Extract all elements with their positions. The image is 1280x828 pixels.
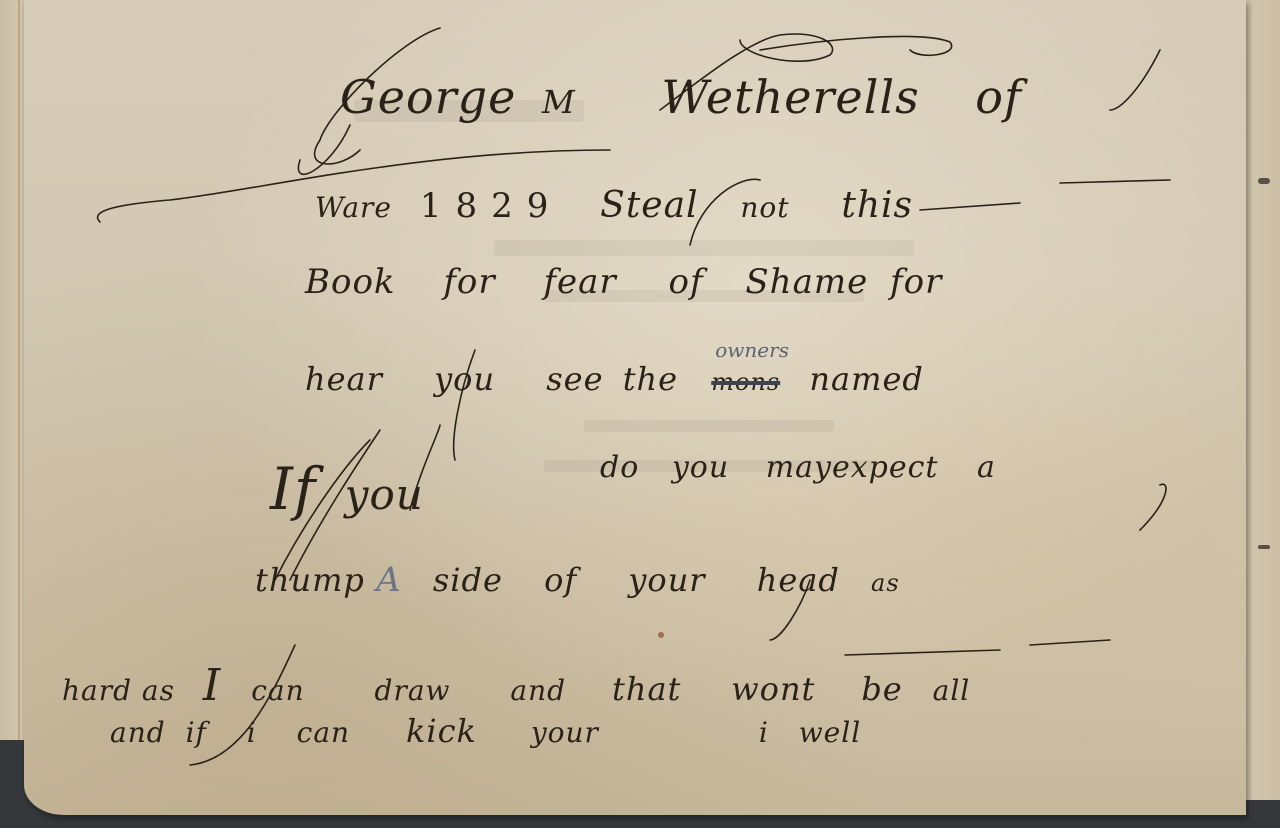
word-your: your [531, 716, 599, 749]
word-named: named [809, 360, 923, 398]
pencil-scribble-x: A [376, 560, 402, 600]
ink-stain [658, 632, 664, 638]
word-the: the [623, 360, 678, 398]
page-notch [1258, 178, 1270, 184]
word-be: be [861, 670, 902, 708]
word-for: for [443, 262, 495, 302]
word-for: for [890, 262, 942, 302]
word-i: i [759, 716, 769, 749]
struck-word-group: owners mons [711, 360, 780, 398]
word-ware: Ware [315, 191, 392, 224]
inscription-line-3: Book for fear of Shame for [305, 262, 942, 302]
word-you: you [672, 450, 729, 485]
word-as: as [871, 569, 900, 597]
flyleaf-fold-line [18, 0, 20, 740]
word-you: you [345, 470, 424, 519]
word-george: George [340, 70, 516, 124]
word-if: if [186, 716, 207, 749]
bleed-through-text [584, 420, 834, 432]
inscription-line-2: Ware 1829 Steal not this [315, 185, 913, 226]
year-1829: 1829 [420, 186, 563, 226]
word-well: well [799, 716, 861, 749]
word-that: that [612, 670, 681, 708]
inscription-line-5: If you [270, 455, 424, 523]
word-wont: wont [731, 670, 815, 708]
word-can: can [251, 674, 304, 707]
inscription-line-5b: do you mayexpect a [600, 450, 996, 485]
right-page-edge [1241, 0, 1280, 800]
word-side: side [433, 561, 503, 599]
inscription-line-4: hear you see the owners mons named [305, 360, 924, 398]
word-not: not [740, 191, 789, 224]
word-middle-initial: M [542, 83, 576, 121]
pencil-correction-owners: owners [715, 338, 789, 362]
word-book: Book [305, 262, 396, 302]
word-hard-as: hard as [62, 674, 175, 707]
word-i: i [247, 716, 257, 749]
word-may-expect: mayexpect [766, 450, 939, 485]
word-do: do [600, 450, 639, 485]
struck-out-word: mons [711, 368, 780, 396]
word-of: of [669, 262, 704, 302]
word-steal: Steal [600, 185, 698, 226]
word-kick: kick [406, 712, 477, 750]
word-your: your [628, 561, 705, 599]
inscription-line-8: and if i can kick your i well [110, 712, 861, 750]
word-fear: fear [543, 262, 616, 302]
word-can: can [297, 716, 350, 749]
word-and: and [510, 674, 566, 707]
word-of: of [975, 70, 1022, 124]
word-i-capital: I [203, 660, 221, 711]
word-of: of [544, 561, 577, 599]
word-see: see [546, 360, 603, 398]
word-you: you [434, 360, 495, 398]
word-shame: Shame [745, 262, 868, 302]
photo-stage: George M Wetherells of Ware 1829 Steal n… [0, 0, 1280, 828]
word-this: this [841, 185, 913, 226]
word-head: head [757, 561, 840, 599]
word-if: If [270, 455, 316, 523]
inscription-line-6: thump A side of your head as [255, 560, 900, 600]
inscription-line-7: hard as I can draw and that wont be all [62, 660, 970, 711]
word-draw: draw [375, 674, 451, 707]
bleed-through-text [494, 240, 914, 256]
word-all: all [933, 674, 971, 707]
word-hear: hear [305, 360, 383, 398]
word-thump: thump [255, 561, 365, 599]
inscription-line-1: George M Wetherells of [340, 70, 1022, 124]
word-a: a [977, 450, 996, 485]
page-notch [1258, 545, 1270, 549]
word-wetherells: Wetherells [661, 70, 919, 124]
word-and: and [110, 716, 166, 749]
